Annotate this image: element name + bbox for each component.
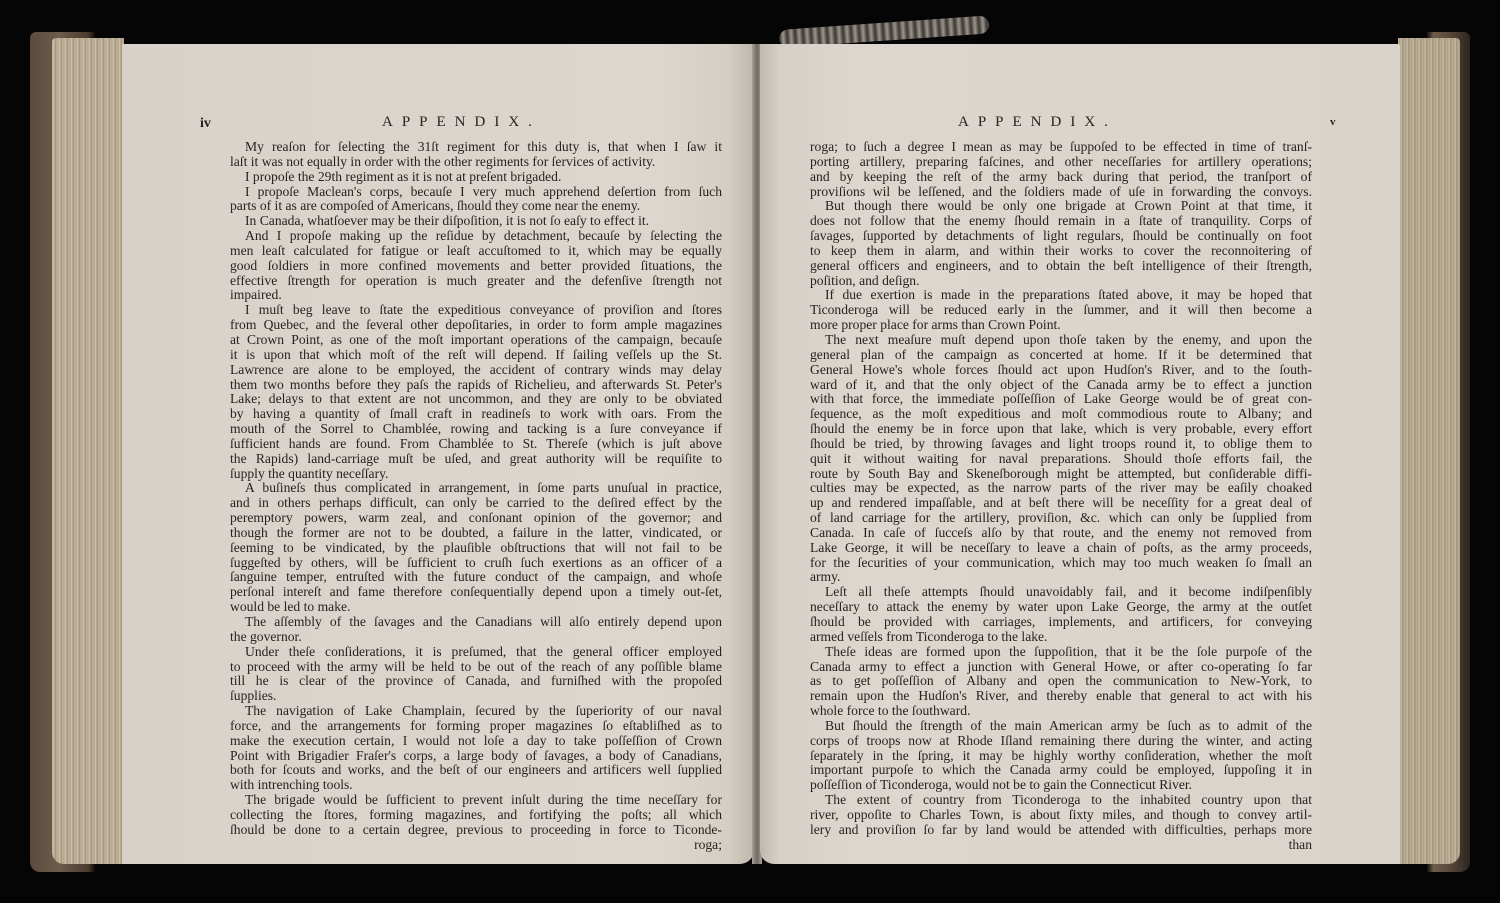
text-line: poſſeſſion of Ticonderoga, would not be … <box>810 778 1312 793</box>
text-line: The aſſembly of the ſavages and the Cana… <box>230 615 722 630</box>
text-line: The navigation of Lake Champlain, ſecure… <box>230 704 722 719</box>
text-line: important purpoſe to which the Canada ar… <box>810 763 1312 778</box>
text-line: ſhould be provided with carriages, imple… <box>810 615 1312 630</box>
text-line: force, and the arrangements for forming … <box>230 719 722 734</box>
text-line: ſeeming to be vindicated, by the plauſib… <box>230 541 722 556</box>
text-line: Lake; delays to that extent are not unco… <box>230 392 722 407</box>
text-line: proviſions wil be leſſened, and the ſold… <box>810 185 1312 200</box>
text-line: ſhould be done to a certain degree, prev… <box>230 823 722 838</box>
text-line: both for ſcouts and works, and the beſt … <box>230 763 722 778</box>
catchword: than <box>810 838 1312 853</box>
text-line: The brigade would be ſufficient to preve… <box>230 793 722 808</box>
text-line: the Rapids) land-carriage muſt be uſed, … <box>230 452 722 467</box>
text-line: ſufficient hands are found. From Chamblé… <box>230 437 722 452</box>
text-line: with intrenching tools. <box>230 778 722 793</box>
text-line: ſavages, ſupported by detachments of lig… <box>810 229 1312 244</box>
text-line: effective ſtrength for operation is much… <box>230 274 722 289</box>
text-line: laſt it was not equally in order with th… <box>230 155 722 170</box>
text-line: corps of troops now at Rhode Iſland rema… <box>810 734 1312 749</box>
text-line: Ticonderoga will be reduced early in the… <box>810 303 1312 318</box>
text-line: Point with Brigadier Fraſer's corps, a l… <box>230 749 722 764</box>
text-line: perſonal intereſt and fame therefore con… <box>230 585 722 600</box>
text-line: would be led to make. <box>230 600 722 615</box>
text-line: Canada army to effect a junction with Ge… <box>810 660 1312 675</box>
text-line: of land carriage for the artillery, prov… <box>810 511 1312 526</box>
text-line: peremptory powers, warm zeal, and conſon… <box>230 511 722 526</box>
text-line: ſhould the enemy be in force upon that l… <box>810 422 1312 437</box>
text-line: till he is clear of the province of Cana… <box>230 674 722 689</box>
text-line: roga; to ſuch a degree I mean as may be … <box>810 140 1312 155</box>
text-line: ſupplies. <box>230 689 722 704</box>
text-line: And I propoſe making up the reſidue by d… <box>230 229 722 244</box>
text-line: parts of it as are compoſed of Americans… <box>230 199 722 214</box>
text-line: I propoſe the 29th regiment as it is not… <box>230 170 722 185</box>
text-line: Under theſe conſiderations, it is preſum… <box>230 645 722 660</box>
text-line: at Crown Point, as one of the moſt impor… <box>230 333 722 348</box>
text-line: porting artillery, preparing faſcines, a… <box>810 155 1312 170</box>
text-line: Lake George, it will be neceſſary to lea… <box>810 541 1312 556</box>
text-line: general officers and engineers, and to o… <box>810 259 1312 274</box>
page-number: v <box>1330 116 1336 128</box>
text-line: I muſt beg leave to ſtate the expeditiou… <box>230 303 722 318</box>
book-scan: iv APPENDIX. My reaſon for ſelecting the… <box>0 0 1500 903</box>
text-line: ſeparately in the ſpring, it may be high… <box>810 749 1312 764</box>
text-line: and in others perhaps difficult, can onl… <box>230 496 722 511</box>
text-line: In Canada, whatſoever may be their diſpo… <box>230 214 722 229</box>
text-line: General Howe's whole forces ſhould act u… <box>810 363 1312 378</box>
text-line: ſequence, as the moſt expeditious and mo… <box>810 407 1312 422</box>
text-line: river, oppoſite to Charles Town, is abou… <box>810 808 1312 823</box>
text-line: ſupply the quantity neceſſary. <box>230 467 722 482</box>
page-body: roga; to ſuch a degree I mean as may be … <box>810 140 1312 853</box>
right-page: APPENDIX. v roga; to ſuch a degree I mea… <box>760 44 1400 864</box>
text-line: up and rendered impaſſable, and at beſt … <box>810 496 1312 511</box>
text-line: and by keeping the reſt of the army back… <box>810 170 1312 185</box>
text-line: to proceed with the army will be held to… <box>230 660 722 675</box>
text-line: collecting the ſtores, forming magazines… <box>230 808 722 823</box>
text-line: armed veſſels from Ticonderoga to the la… <box>810 630 1312 645</box>
text-line: for the ſecurities of your communication… <box>810 556 1312 571</box>
text-line: My reaſon for ſelecting the 31ſt regimen… <box>230 140 722 155</box>
text-line: good ſoldiers in more confined movements… <box>230 259 722 274</box>
running-head: APPENDIX. <box>382 114 541 131</box>
text-line: The extent of country from Ticonderoga t… <box>810 793 1312 808</box>
text-line: poſition, and deſign. <box>810 274 1312 289</box>
text-line: ward of it, and that the only object of … <box>810 378 1312 393</box>
text-line: though the former are not to be doubted,… <box>230 526 722 541</box>
text-line: ſanguine temper, entruſted with the futu… <box>230 570 722 585</box>
text-line: with that force, the immediate poſſeſſio… <box>810 392 1312 407</box>
text-line: But ſhould the ſtrength of the main Amer… <box>810 719 1312 734</box>
text-line: But though there would be only one briga… <box>810 199 1312 214</box>
text-line: ſuggeſted by others, will be ſufficient … <box>230 556 722 571</box>
text-line: mouth of the Sorrel to Chamblée, rowing … <box>230 422 722 437</box>
page-edges-right <box>1398 38 1460 864</box>
text-line: Lawrence are alone to be employed, the a… <box>230 363 722 378</box>
running-head: APPENDIX. <box>958 114 1117 131</box>
text-line: it is upon that which moſt of the reſt w… <box>230 348 722 363</box>
page-body: My reaſon for ſelecting the 31ſt regimen… <box>230 140 722 853</box>
text-line: Canada. In caſe of ſucceſs alſo by that … <box>810 526 1312 541</box>
text-line: remain upon the Hudſon's River, and ther… <box>810 689 1312 704</box>
text-line: make the execution certain, I would not … <box>230 734 722 749</box>
text-line: to keep them in alarm, and within their … <box>810 244 1312 259</box>
text-line: more proper place for arms than Crown Po… <box>810 318 1312 333</box>
text-line: from Quebec, and the ſeveral other depoſ… <box>230 318 722 333</box>
text-line: army. <box>810 570 1312 585</box>
text-line: by having a quantity of ſmall craft in r… <box>230 407 722 422</box>
text-line: route by South Bay and Skeneſborough mig… <box>810 467 1312 482</box>
text-line: Leſt all theſe attempts ſhould unavoidab… <box>810 585 1312 600</box>
text-line: whole force to the ſouthward. <box>810 704 1312 719</box>
text-line: as to get poſſeſſion of Albany and open … <box>810 674 1312 689</box>
text-line: quit it without waiting for naval prepar… <box>810 452 1312 467</box>
page-edges-left <box>52 38 124 864</box>
text-line: ſhould be tried, by throwing ſavages and… <box>810 437 1312 452</box>
text-line: neceſſary to attack the enemy by water u… <box>810 600 1312 615</box>
page-number: iv <box>200 116 211 132</box>
text-line: the governor. <box>230 630 722 645</box>
text-line: lery and proviſion ſo far by land would … <box>810 823 1312 838</box>
text-line: A buſineſs thus complicated in arrangeme… <box>230 481 722 496</box>
text-line: Theſe ideas are formed upon the ſuppoſit… <box>810 645 1312 660</box>
text-line: The next meaſure muſt depend upon thoſe … <box>810 333 1312 348</box>
text-line: impaired. <box>230 288 722 303</box>
text-line: does not follow that the enemy ſhould re… <box>810 214 1312 229</box>
text-line: culties may be expected, as the narrow p… <box>810 481 1312 496</box>
catchword: roga; <box>230 838 722 853</box>
left-page: iv APPENDIX. My reaſon for ſelecting the… <box>122 44 754 864</box>
text-line: men leaſt calculated for fatigue or leaſ… <box>230 244 722 259</box>
text-line: general plan of the campaign as concerte… <box>810 348 1312 363</box>
text-line: If due exertion is made in the preparati… <box>810 288 1312 303</box>
text-line: I propoſe Maclean's corps, becauſe I ver… <box>230 185 722 200</box>
text-line: them two months before they paſs the rap… <box>230 378 722 393</box>
